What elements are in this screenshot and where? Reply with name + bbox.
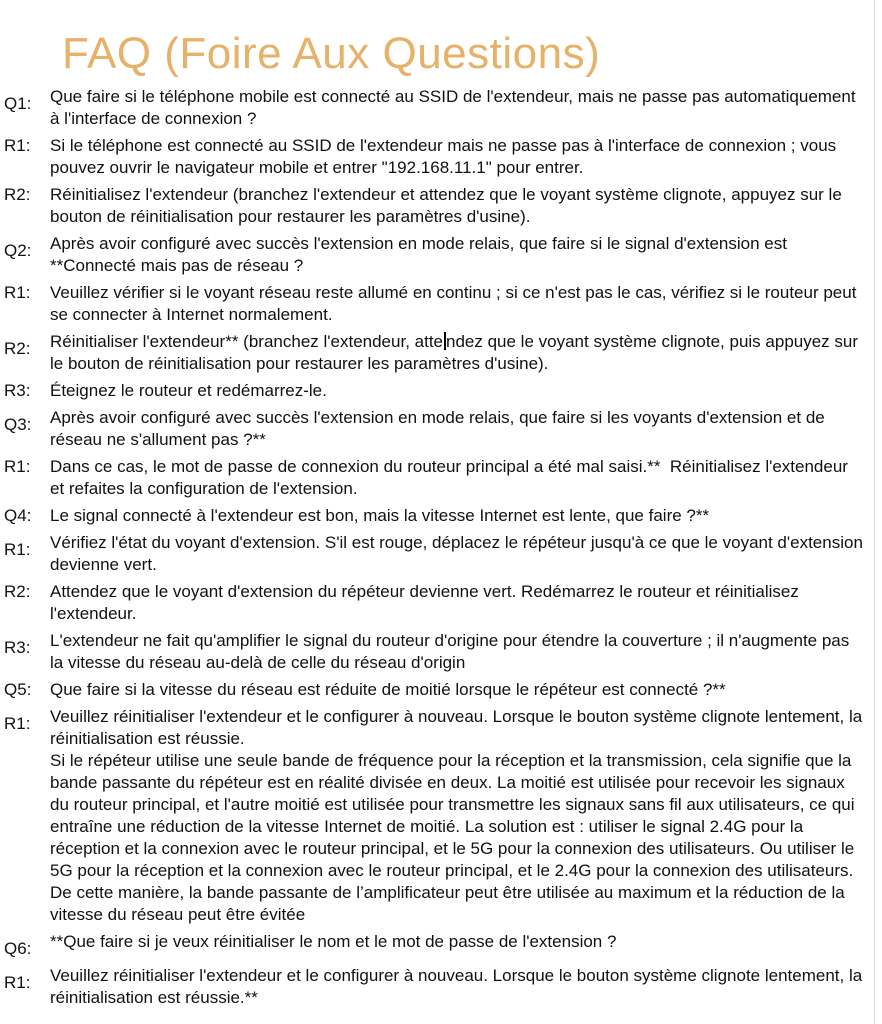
faq-item-text: Vérifiez l'état du voyant d'extension. S… (50, 532, 864, 576)
faq-item: R3: L'extendeur ne fait qu'amplifier le … (4, 630, 864, 674)
faq-item: R1: Veuillez réinitialiser l'extendeur e… (4, 965, 864, 1009)
faq-item: Q6: **Que faire si je veux réinitialiser… (4, 931, 864, 960)
faq-item-label: R2: (4, 331, 50, 360)
faq-item-first-row: R2: Réinitialiser l'extendeur** (branche… (4, 331, 864, 375)
faq-item-text: Que faire si la vitesse du réseau est ré… (50, 679, 864, 701)
faq-item-text: Éteignez le routeur et redémarrez-le. (50, 380, 864, 402)
faq-item: Q4: Le signal connecté à l'extendeur est… (4, 505, 864, 527)
faq-item-text: Dans ce cas, le mot de passe de connexio… (50, 456, 864, 500)
faq-item-text: Réinitialiser l'extendeur** (branchez l'… (50, 331, 864, 375)
faq-item-text: Veuillez réinitialiser l'extendeur et le… (50, 706, 864, 750)
faq-item: R1: Dans ce cas, le mot de passe de conn… (4, 456, 864, 500)
faq-item-label: R1: (4, 282, 50, 304)
faq-item-text: **Que faire si je veux réinitialiser le … (50, 931, 864, 953)
faq-item: Q3: Après avoir configuré avec succès l'… (4, 407, 864, 451)
faq-item-label: R2: (4, 581, 50, 603)
faq-item-label: R2: (4, 184, 50, 206)
faq-item-label: R1: (4, 965, 50, 994)
faq-item-first-row: Q5: Que faire si la vitesse du réseau es… (4, 679, 864, 701)
faq-item-first-row: R1: Veuillez réinitialiser l'extendeur e… (4, 965, 864, 1009)
faq-item-text: Après avoir configuré avec succès l'exte… (50, 233, 864, 277)
faq-item-label: R1: (4, 135, 50, 157)
faq-item-first-row: R2: Attendez que le voyant d'extension d… (4, 581, 864, 625)
faq-item-first-row: R1: Si le téléphone est connecté au SSID… (4, 135, 864, 179)
faq-item-first-row: R1: Vérifiez l'état du voyant d'extensio… (4, 532, 864, 576)
faq-item: R1: Si le téléphone est connecté au SSID… (4, 135, 864, 179)
faq-item-label: Q1: (4, 86, 50, 115)
faq-item-first-row: Q2: Après avoir configuré avec succès l'… (4, 233, 864, 277)
faq-item: R1: Veuillez réinitialiser l'extendeur e… (4, 706, 864, 926)
page-title: FAQ (Foire Aux Questions) (62, 30, 866, 78)
faq-item: R2: Réinitialiser l'extendeur** (branche… (4, 331, 864, 375)
faq-item: R1: Veuillez vérifier si le voyant résea… (4, 282, 864, 326)
faq-item-label: Q6: (4, 931, 50, 960)
faq-item-text: Si le répéteur utilise une seule bande d… (50, 750, 864, 926)
faq-item-text: Le signal connecté à l'extendeur est bon… (50, 505, 864, 527)
faq-item-label: R3: (4, 380, 50, 402)
text-cursor-icon (444, 332, 446, 350)
faq-item-first-row: Q3: Après avoir configuré avec succès l'… (4, 407, 864, 451)
faq-item-first-row: R1: Dans ce cas, le mot de passe de conn… (4, 456, 864, 500)
faq-item-first-row: Q1: Que faire si le téléphone mobile est… (4, 86, 864, 130)
faq-item-text: Réinitialisez l'extendeur (branchez l'ex… (50, 184, 864, 228)
page-edge-line (874, 0, 875, 1024)
faq-item-first-row: R3: L'extendeur ne fait qu'amplifier le … (4, 630, 864, 674)
faq-item: R2: Attendez que le voyant d'extension d… (4, 581, 864, 625)
faq-item-text: Attendez que le voyant d'extension du ré… (50, 581, 864, 625)
faq-item-first-row: Q4: Le signal connecté à l'extendeur est… (4, 505, 864, 527)
faq-item: R3: Éteignez le routeur et redémarrez-le… (4, 380, 864, 402)
faq-item: Q2: Après avoir configuré avec succès l'… (4, 233, 864, 277)
faq-item-label: R1: (4, 456, 50, 478)
faq-list: Q1: Que faire si le téléphone mobile est… (0, 86, 882, 1009)
faq-item-label: R3: (4, 630, 50, 659)
faq-item-text: Après avoir configuré avec succès l'exte… (50, 407, 864, 451)
faq-item: Q5: Que faire si la vitesse du réseau es… (4, 679, 864, 701)
faq-item-text: Veuillez vérifier si le voyant réseau re… (50, 282, 864, 326)
faq-item-label: Q2: (4, 233, 50, 262)
faq-item-text: Que faire si le téléphone mobile est con… (50, 86, 864, 130)
faq-item-text: L'extendeur ne fait qu'amplifier le sign… (50, 630, 864, 674)
faq-item-text: Si le téléphone est connecté au SSID de … (50, 135, 864, 179)
faq-item-first-row: Q6: **Que faire si je veux réinitialiser… (4, 931, 864, 960)
faq-item-first-row: R1: Veuillez vérifier si le voyant résea… (4, 282, 864, 326)
faq-item: Q1: Que faire si le téléphone mobile est… (4, 86, 864, 130)
faq-item-first-row: R2: Réinitialisez l'extendeur (branchez … (4, 184, 864, 228)
faq-item: R2: Réinitialisez l'extendeur (branchez … (4, 184, 864, 228)
faq-item-label: Q3: (4, 407, 50, 436)
faq-item-text: Veuillez réinitialiser l'extendeur et le… (50, 965, 864, 1009)
faq-item: R1: Vérifiez l'état du voyant d'extensio… (4, 532, 864, 576)
faq-item-label: R1: (4, 532, 50, 561)
faq-item-label: Q4: (4, 505, 50, 527)
faq-item-first-row: R3: Éteignez le routeur et redémarrez-le… (4, 380, 864, 402)
faq-item-label: R1: (4, 706, 50, 735)
faq-item-first-row: R1: Veuillez réinitialiser l'extendeur e… (4, 706, 864, 750)
faq-item-label: Q5: (4, 679, 50, 701)
